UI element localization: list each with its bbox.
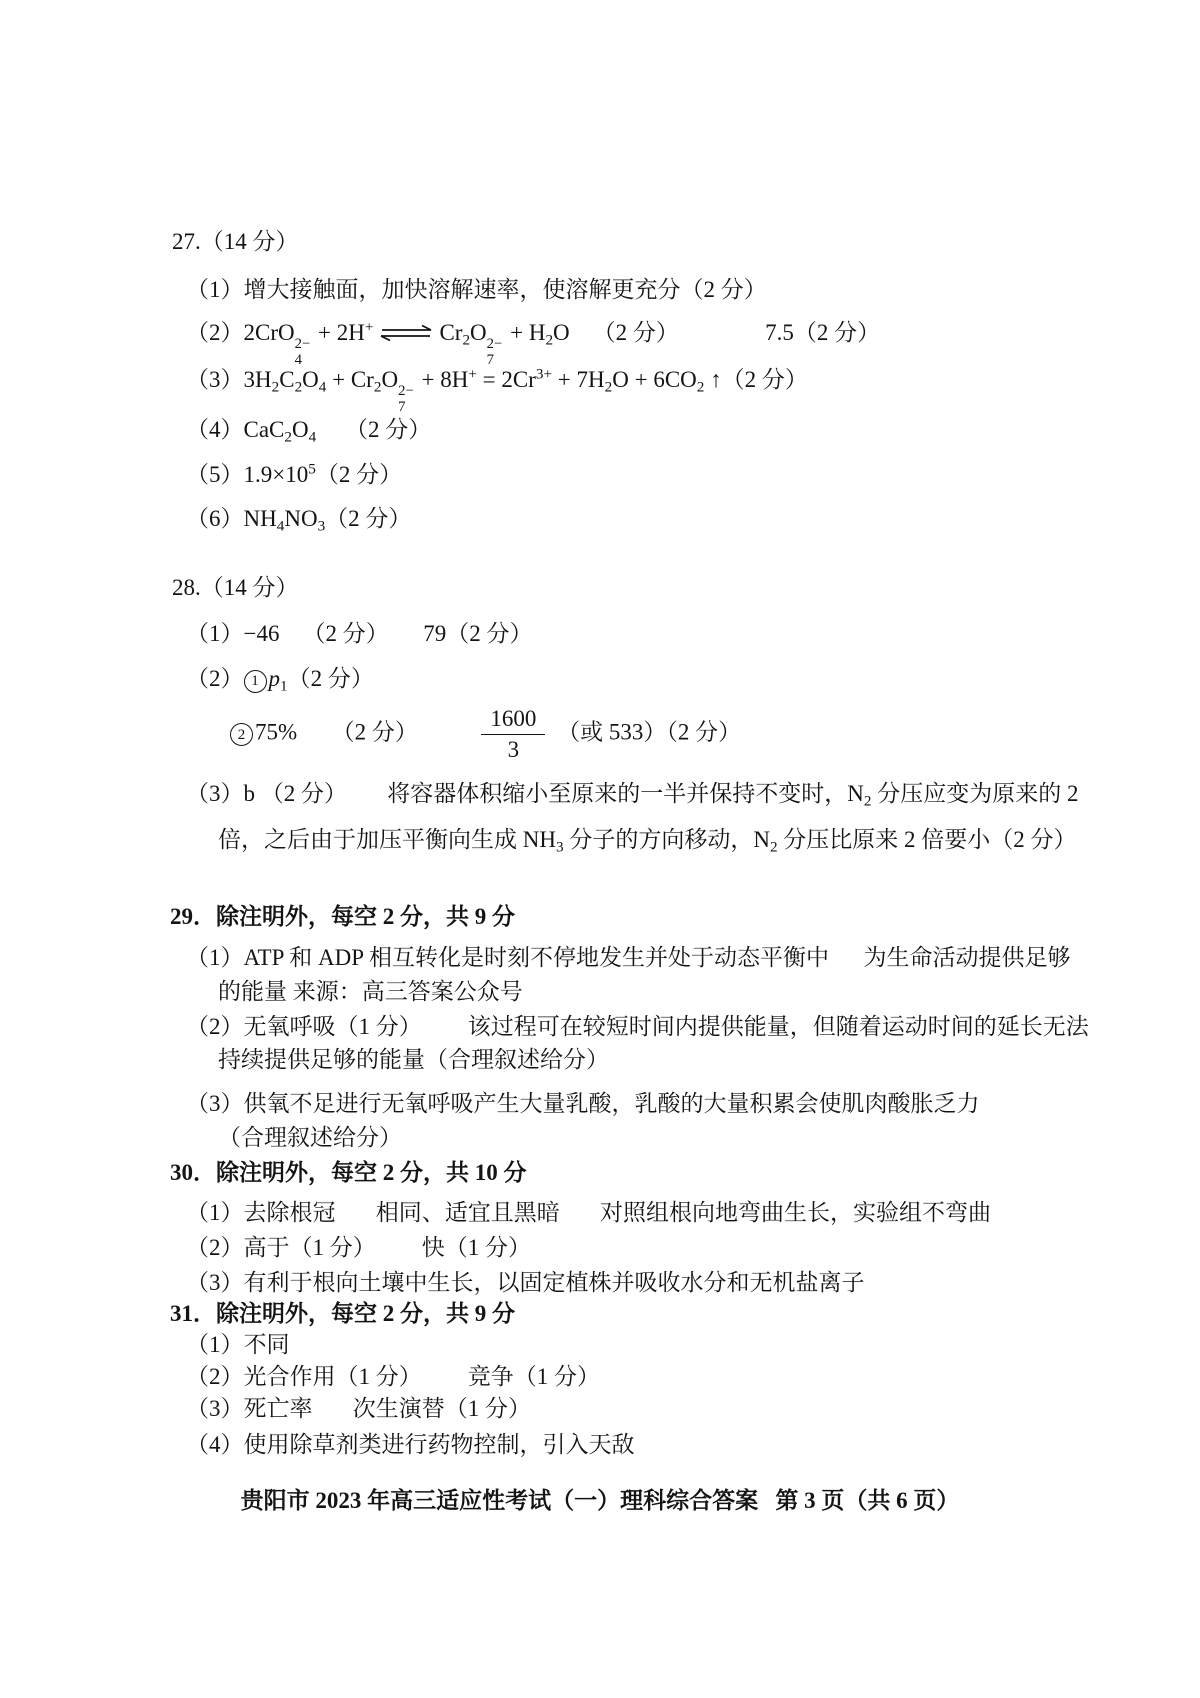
q27-item1: （1）增大接触面，加快溶解速率，使溶解更充分（2 分） bbox=[186, 274, 767, 305]
equilibrium-arrow-icon bbox=[375, 319, 437, 350]
circled-number: 2 bbox=[230, 723, 253, 746]
q31-header: 31．除注明外，每空 2 分，共 9 分 bbox=[170, 1298, 515, 1329]
q27-item2-equation: （2）2CrO2−4 + 2H+Cr2O2−7 + H2O （2 分） 7.5（… bbox=[186, 317, 880, 368]
q30-item1: （1）去除根冠 相同、适宜且黑暗 对照组根向地弯曲生长，实验组不弯曲 bbox=[186, 1197, 991, 1228]
q29-item1-line1: （1）ATP 和 ADP 相互转化是时刻不停地发生并处于动态平衡中 为生命活动提… bbox=[186, 942, 1070, 973]
q27-item6: （6）NH4NO3（2 分） bbox=[186, 503, 411, 534]
q29-item3-line1: （3）供氧不足进行无氧呼吸产生大量乳酸，乳酸的大量积累会使肌肉酸胀乏力 bbox=[186, 1088, 980, 1119]
q29-item2-line1: （2）无氧呼吸（1 分） 该过程可在较短时间内提供能量，但随着运动时间的延长无法 bbox=[186, 1011, 1089, 1042]
q29-header: 29．除注明外，每空 2 分，共 9 分 bbox=[170, 901, 515, 932]
q31-item3: （3）死亡率 次生演替（1 分） bbox=[186, 1393, 531, 1424]
q27-item5: （5）1.9×105（2 分） bbox=[186, 459, 402, 490]
page-footer: 贵阳市 2023 年高三适应性考试（一）理科综合答案 第 3 页（共 6 页） bbox=[0, 1482, 1200, 1515]
fraction: 16003 bbox=[481, 706, 545, 763]
q29-item3-line2: （合理叙述给分） bbox=[218, 1122, 402, 1153]
q30-header: 30．除注明外，每空 2 分，共 10 分 bbox=[170, 1157, 527, 1188]
q28-item2-part2: 275% （2 分） 16003 （或 533）（2 分） bbox=[230, 706, 741, 763]
document-page: 27.（14 分） （1）增大接触面，加快溶解速率，使溶解更充分（2 分） （2… bbox=[0, 0, 1200, 1698]
q29-item2-line2: 持续提供足够的能量（合理叙述给分） bbox=[218, 1044, 609, 1075]
q30-item2: （2）高于（1 分） 快（1 分） bbox=[186, 1232, 531, 1263]
q31-item4: （4）使用除草剂类进行药物控制，引入天敌 bbox=[186, 1429, 635, 1460]
q28-item2-part1: （2）1p1（2 分） bbox=[186, 663, 374, 694]
q28-item1: （1）−46 （2 分） 79（2 分） bbox=[186, 618, 532, 649]
q30-item3: （3）有利于根向土壤中生长，以固定植株并吸收水分和无机盐离子 bbox=[186, 1267, 865, 1298]
q27-item3-equation: （3）3H2C2O4 + Cr2O2−7 + 8H+ = 2Cr3+ + 7H2… bbox=[186, 364, 808, 415]
circled-number: 1 bbox=[244, 670, 267, 693]
ion-charge-stack: 2−7 bbox=[398, 384, 414, 415]
q28-item3-line2: 倍，之后由于加压平衡向生成 NH3 分子的方向移动，N2 分压比原来 2 倍要小… bbox=[218, 824, 1077, 855]
q27-item4: （4）CaC2O4 （2 分） bbox=[186, 414, 431, 445]
q28-header: 28.（14 分） bbox=[172, 572, 299, 603]
q29-item1-line2: 的能量 来源：高三答案公众号 bbox=[218, 976, 523, 1007]
q28-item3-line1: （3）b （2 分） 将容器体积缩小至原来的一半并保持不变时，N2 分压应变为原… bbox=[186, 778, 1078, 809]
q31-item2: （2）光合作用（1 分） 竞争（1 分） bbox=[186, 1361, 600, 1392]
q27-header: 27.（14 分） bbox=[172, 226, 299, 257]
q31-item1: （1）不同 bbox=[186, 1329, 290, 1360]
